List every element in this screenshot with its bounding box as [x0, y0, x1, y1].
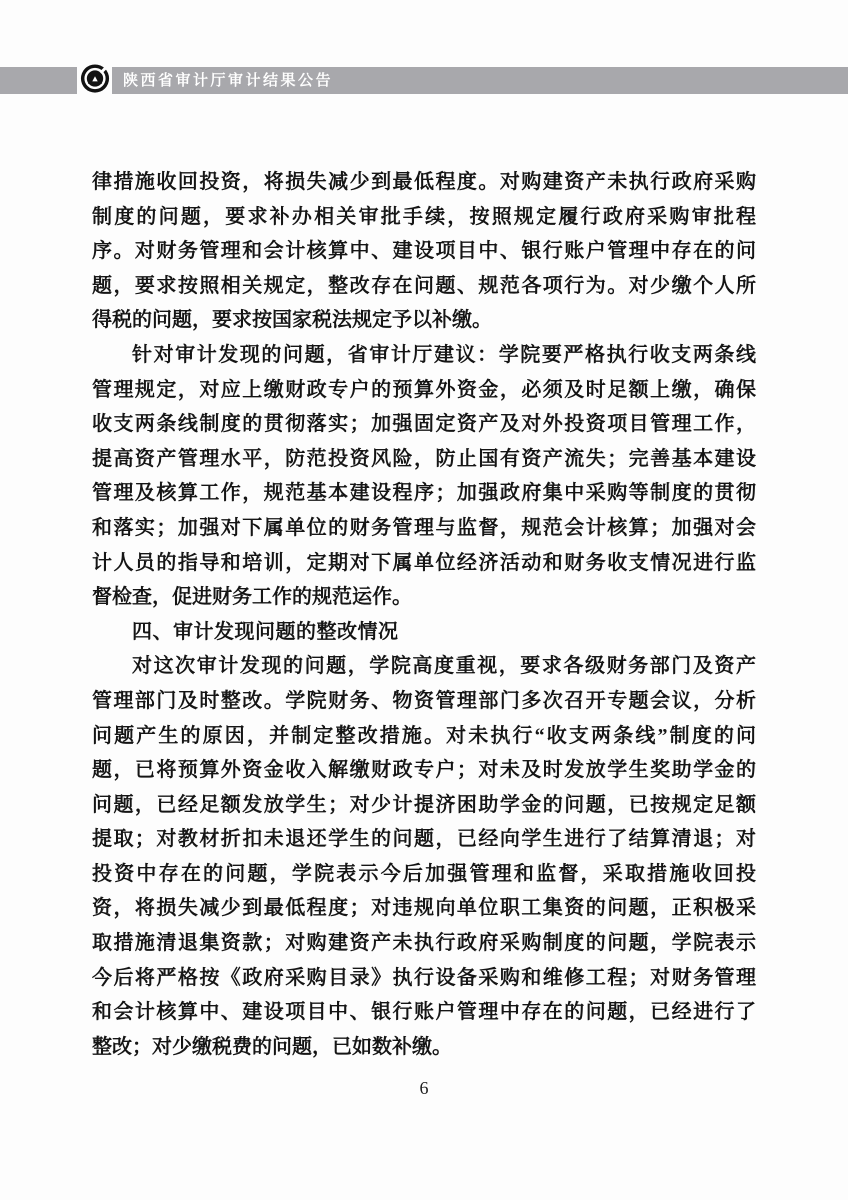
text-line: 和落实；加强对下属单位的财务管理与监督，规范会计核算；加强对会 — [92, 511, 756, 546]
text-line: 提高资产管理水平，防范投资风险，防止国有资产流失；完善基本建设 — [92, 442, 756, 477]
text-line: 收支两条线制度的贯彻落实；加强固定资产及对外投资项目管理工作， — [92, 407, 756, 442]
document-page: 陕西省审计厅审计结果公告 律措施收回投资，将损失减少到最低程度。对购建资产未执行… — [0, 0, 848, 1200]
text-line: 取措施清退集资款；对购建资产未执行政府采购制度的问题，学院表示 — [92, 926, 756, 961]
text-line: 督检查，促进财务工作的规范运作。 — [92, 580, 756, 615]
audit-emblem-box — [77, 62, 112, 100]
text-line: 资，将损失减少到最低程度；对违规向单位职工集资的问题，正积极采 — [92, 891, 756, 926]
page-number: 6 — [0, 1078, 848, 1099]
text-line: 对这次审计发现的问题，学院高度重视，要求各级财务部门及资产 — [92, 649, 756, 684]
text-line: 问题产生的原因，并制定整改措施。对未执行“收支两条线”制度的问 — [92, 719, 756, 754]
text-line: 和会计核算中、建设项目中、银行账户管理中存在的问题，已经进行了 — [92, 995, 756, 1030]
text-line: 计人员的指导和培训，定期对下属单位经济活动和财务收支情况进行监 — [92, 546, 756, 581]
text-line: 管理部门及时整改。学院财务、物资管理部门多次召开专题会议，分析 — [92, 684, 756, 719]
audit-emblem-icon — [80, 63, 110, 99]
text-line: 序。对财务管理和会计核算中、建设项目中、银行账户管理中存在的问 — [92, 234, 756, 269]
text-line: 制度的问题，要求补办相关审批手续，按照规定履行政府采购审批程 — [92, 200, 756, 235]
text-line: 针对审计发现的问题，省审计厅建议：学院要严格执行收支两条线 — [92, 338, 756, 373]
header-title: 陕西省审计厅审计结果公告 — [123, 67, 333, 94]
body-text: 律措施收回投资，将损失减少到最低程度。对购建资产未执行政府采购 制度的问题，要求… — [92, 165, 756, 1064]
section-heading: 四、审计发现问题的整改情况 — [92, 615, 756, 650]
text-line: 得税的问题，要求按国家税法规定予以补缴。 — [92, 303, 756, 338]
text-line: 问题，已经足额发放学生；对少计提济困助学金的问题，已按规定足额 — [92, 788, 756, 823]
text-line: 整改；对少缴税费的问题，已如数补缴。 — [92, 1030, 756, 1065]
text-line: 管理规定，对应上缴财政专户的预算外资金，必须及时足额上缴，确保 — [92, 373, 756, 408]
text-line: 提取；对教材折扣未退还学生的问题，已经向学生进行了结算清退；对 — [92, 822, 756, 857]
text-line: 管理及核算工作，规范基本建设程序；加强政府集中采购等制度的贯彻 — [92, 476, 756, 511]
text-line: 今后将严格按《政府采购目录》执行设备采购和维修工程；对财务管理 — [92, 961, 756, 996]
text-line: 题，已将预算外资金收入解缴财政专户；对未及时发放学生奖助学金的 — [92, 753, 756, 788]
text-line: 律措施收回投资，将损失减少到最低程度。对购建资产未执行政府采购 — [92, 165, 756, 200]
text-line: 投资中存在的问题，学院表示今后加强管理和监督，采取措施收回投 — [92, 857, 756, 892]
text-line: 题，要求按照相关规定，整改存在问题、规范各项行为。对少缴个人所 — [92, 269, 756, 304]
